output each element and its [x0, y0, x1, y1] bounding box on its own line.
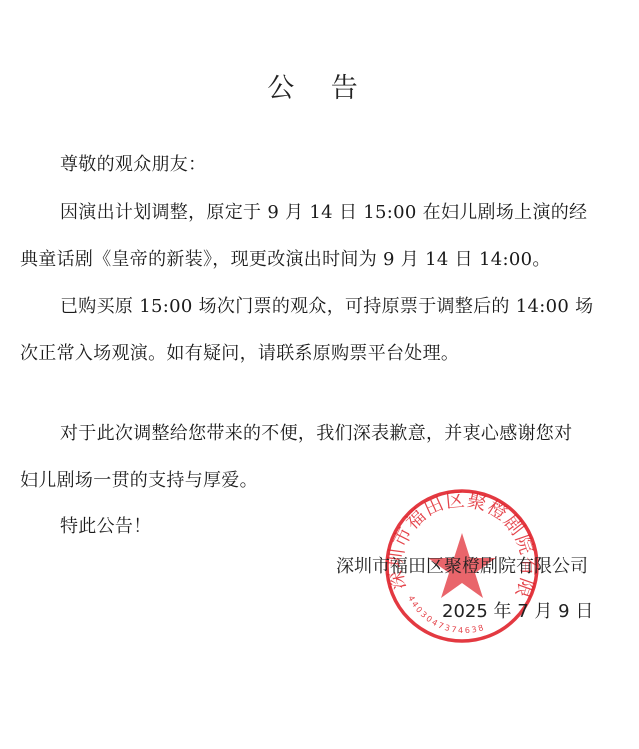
paragraph-3-line-2: 妇儿剧场一贯的支持与厚爱。	[20, 466, 258, 492]
notice-title: 公 告	[0, 66, 639, 105]
paragraph-3-line-1: 对于此次调整给您带来的不便，我们深表歉意，并衷心感谢您对	[60, 419, 572, 445]
paragraph-1-line-2: 典童话剧《皇帝的新装》，现更改演出时间为 9 月 14 日 14:00。	[20, 245, 551, 271]
paragraph-2-line-2: 次正常入场观演。如有疑问，请联系原购票平台处理。	[20, 339, 459, 365]
salutation: 尊敬的观众朋友：	[60, 150, 206, 176]
signature-date: 2025 年 7 月 9 日	[442, 597, 593, 623]
paragraph-1-line-1: 因演出计划调整，原定于 9 月 14 日 15:00 在妇儿剧场上演的经	[60, 198, 587, 224]
signature-organization: 深圳市福田区聚橙剧院有限公司	[336, 552, 588, 578]
paragraph-2-line-1: 已购买原 15:00 场次门票的观众，可持原票于调整后的 14:00 场	[60, 292, 593, 318]
closing-text: 特此公告！	[60, 512, 152, 538]
